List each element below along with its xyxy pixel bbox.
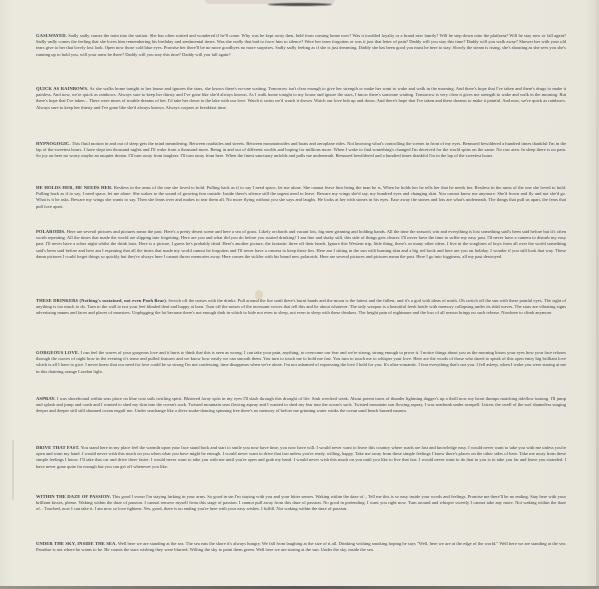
- song-title: UNDER THE SKY, INSIDE THE SEA.: [36, 541, 117, 546]
- song-lyrics-block: HE HOLDS HER, HE NEEDS HER. Restless in …: [36, 185, 566, 210]
- song-lyrics-block: QUICK AS RAINBOWS. As she walks home ton…: [36, 86, 566, 111]
- song-lyrics-block: UNDER THE SKY, INSIDE THE SEA. Well here…: [36, 541, 566, 553]
- song-lyrics-block: WITHIN THE DAZE OF PASSION. This good I …: [36, 494, 566, 513]
- song-lyrics-block: GORGEOUS LOVE. I can feel the waves of y…: [36, 350, 566, 375]
- song-lyrics: Here are several pictures and pictures m…: [36, 229, 566, 259]
- song-lyrics: Restless in the arms of the one she love…: [36, 185, 566, 209]
- song-lyrics-block: HYPNOGOGIC. This fluid motion in and out…: [36, 141, 566, 160]
- song-lyrics-block: GASLWAYED. Sadly sadly comes the train i…: [36, 33, 566, 58]
- song-lyrics: I was shorebound within seas place on bl…: [36, 396, 566, 413]
- song-title: THESE DRINKERS (Nothing's sustained, not…: [36, 298, 167, 303]
- sleeve-notch-shadow: [268, 3, 332, 6]
- song-lyrics-block: THESE DRINKERS (Nothing's sustained, not…: [36, 298, 566, 317]
- song-title: HYPNOGOGIC.: [36, 141, 71, 146]
- song-title: GORGEOUS LOVE.: [36, 350, 79, 355]
- song-title: POLAROIDS.: [36, 229, 65, 234]
- song-lyrics-block: DRIVE THAT FAST. You stand here in my pl…: [36, 445, 566, 470]
- song-lyrics: As she walks home tonight to her house a…: [36, 86, 566, 110]
- song-lyrics: I can feel the waves of your gorgeous lo…: [36, 350, 566, 374]
- song-title: DRIVE THAT FAST.: [36, 445, 80, 450]
- song-title: WITHIN THE DAZE OF PASSION.: [36, 494, 111, 499]
- song-title: HE HOLDS HER, HE NEEDS HER.: [36, 185, 113, 190]
- song-lyrics-block: ASPRAY. I was shorebound within seas pla…: [36, 396, 566, 415]
- song-lyrics-block: POLAROIDS. Here are several pictures and…: [36, 229, 566, 260]
- song-lyrics: This fluid motion in and out of sleep ge…: [36, 141, 566, 158]
- song-title: QUICK AS RAINBOWS.: [36, 86, 88, 91]
- song-lyrics: Sadly sadly comes the train into the sta…: [36, 33, 566, 57]
- song-title: GASLWAYED.: [36, 33, 67, 38]
- paper-crease: [12, 440, 14, 500]
- song-title: ASPRAY.: [36, 396, 56, 401]
- song-lyrics: This good I swear I'm staying lurking in…: [36, 494, 566, 511]
- song-lyrics: You stand here in my place feel the warm…: [36, 445, 566, 469]
